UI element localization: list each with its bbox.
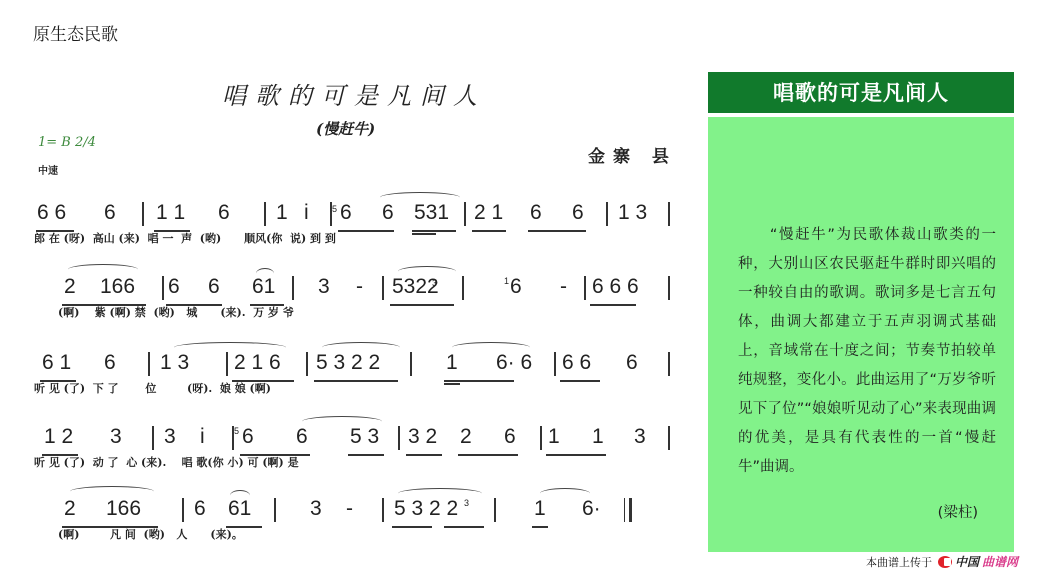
barline bbox=[554, 352, 556, 376]
logo-mark-icon bbox=[938, 556, 952, 568]
lyrics-line: 听 见 (了) 动 了 心 (来). 唱 歌(你 小) 可 (啊) 是 bbox=[34, 454, 674, 470]
category-label: 原生态民歌 bbox=[33, 20, 118, 45]
score-line-2: 2 166 6 6 61 3 - 5322 1 6 - 6 6 6 3 (啊) … bbox=[34, 272, 674, 332]
barline bbox=[494, 498, 496, 522]
site-logo-zh: 中国 bbox=[955, 553, 979, 570]
barline bbox=[464, 202, 466, 226]
lyrics-line: 听 见 (了) 下 了 位 (呀). 娘 娘 (啊) bbox=[34, 380, 674, 396]
notes-line: 6 6 6 1 1 6 1 i 5 6 6 531 2 1 6 6 1 3 bbox=[34, 198, 674, 228]
barline bbox=[264, 202, 266, 226]
info-panel: 唱歌的可是凡间人 “慢赶牛”为民歌体裁山歌类的一种，大别山区农民驱赶牛群时即兴唱… bbox=[708, 72, 1014, 552]
barline bbox=[584, 276, 586, 300]
upload-text: 本曲谱上传于 bbox=[866, 554, 932, 570]
panel-description: “慢赶牛”为民歌体裁山歌类的一种，大别山区农民驱赶牛群时即兴唱的一种较自由的歌调… bbox=[738, 221, 996, 482]
barline bbox=[162, 276, 164, 300]
score-title: 唱歌的可是凡间人 bbox=[222, 76, 486, 111]
barline bbox=[668, 426, 670, 450]
site-logo[interactable]: 中国曲谱网 bbox=[938, 553, 1018, 570]
final-barline bbox=[624, 498, 632, 522]
barline bbox=[182, 498, 184, 522]
notes-line: 2 166 6 61 3 - 5 3 2 2 1 6· 3 bbox=[34, 494, 674, 524]
barline bbox=[148, 352, 150, 376]
score-line-1: 6 6 6 1 1 6 1 i 5 6 6 531 2 1 6 6 1 3 郎 … bbox=[34, 198, 674, 258]
barline bbox=[410, 352, 412, 376]
barline bbox=[226, 352, 228, 376]
score-subtitle: (慢赶牛) bbox=[316, 118, 375, 139]
panel-header: 唱歌的可是凡间人 bbox=[708, 72, 1014, 113]
lyrics-line: (啊) 凡 间 (哟) 人 (来)。 bbox=[58, 526, 698, 542]
composer-credit: 金寨 县 bbox=[588, 142, 677, 167]
lyrics-line: 郎 在 (呀) 高山 (来) 唱 一 声 (哟) 顺风(你 说) 到 到 bbox=[34, 230, 674, 246]
key-signature: 1= B 2/4 bbox=[38, 135, 96, 150]
barline bbox=[152, 426, 154, 450]
panel-author: (梁柱) bbox=[938, 501, 978, 522]
barline bbox=[274, 498, 276, 522]
barline bbox=[668, 202, 670, 226]
barline bbox=[540, 426, 542, 450]
notes-line: 2 166 6 6 61 3 - 5322 1 6 - 6 6 6 3 bbox=[34, 272, 674, 302]
notes-line: 6 1 6 1 3 2 1 6 5 3 2 2 1 6· 6 6 6 6 bbox=[34, 348, 674, 378]
score-line-5: 2 166 6 61 3 - 5 3 2 2 1 6· 3 (啊) 凡 间 (哟… bbox=[34, 494, 674, 554]
score-line-3: 6 1 6 1 3 2 1 6 5 3 2 2 1 6· 6 6 6 6 听 见… bbox=[34, 348, 674, 408]
barline bbox=[142, 202, 144, 226]
barline bbox=[306, 352, 308, 376]
notes-line: 1 2 3 3 i 5 6 6 5 3 3 2 2 6 1 1 3 bbox=[34, 422, 674, 452]
lyrics-line: (啊) 紫 (啊) 禁 (哟) 城 (来). 万 岁 爷 bbox=[58, 304, 698, 320]
site-logo-name: 曲谱网 bbox=[982, 553, 1018, 570]
upload-credit: 本曲谱上传于 中国曲谱网 bbox=[866, 553, 1018, 570]
panel-body: “慢赶牛”为民歌体裁山歌类的一种，大别山区农民驱赶牛群时即兴唱的一种较自由的歌调… bbox=[708, 117, 1014, 552]
barline bbox=[382, 276, 384, 300]
tempo-marking: 中速 bbox=[38, 162, 58, 177]
barline bbox=[668, 276, 670, 300]
barline bbox=[462, 276, 464, 300]
barline bbox=[292, 276, 294, 300]
barline bbox=[668, 352, 670, 376]
score-line-4: 1 2 3 3 i 5 6 6 5 3 3 2 2 6 1 1 3 听 见 (了… bbox=[34, 422, 674, 482]
barline bbox=[382, 498, 384, 522]
barline bbox=[606, 202, 608, 226]
barline bbox=[398, 426, 400, 450]
